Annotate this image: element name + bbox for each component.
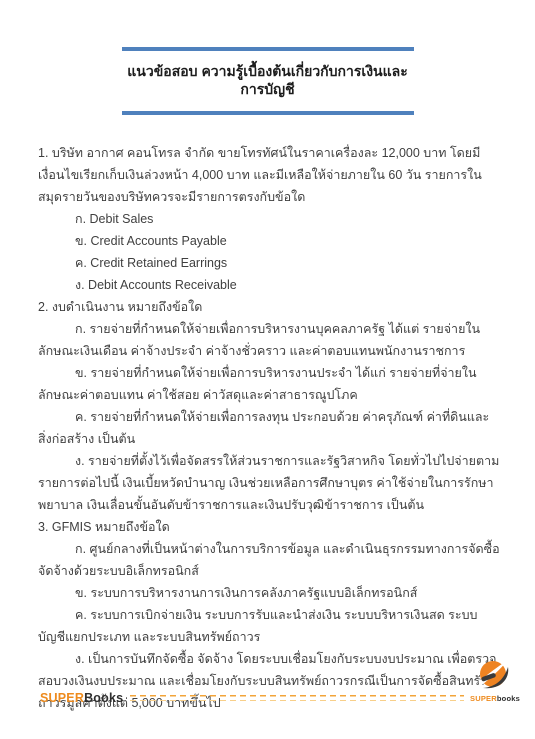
logo-super-text: SUPER <box>470 694 497 703</box>
question-block: 2. งบดำเนินงาน หมายถึงข้อใด ก. รายจ่ายที… <box>38 296 500 516</box>
question-text: 3. GFMIS หมายถึงข้อใด <box>38 516 500 538</box>
option-item: ก. ศูนย์กลางที่เป็นหน้าต่างในการบริการข้… <box>38 538 500 582</box>
brand-super-text: SUPER <box>40 691 84 705</box>
brand-books-text: Books <box>84 691 123 705</box>
question-text: 2. งบดำเนินงาน หมายถึงข้อใด <box>38 296 500 318</box>
footer-logo-text: SUPERbooks <box>470 694 520 703</box>
footer-brand-left: SUPERBooks <box>40 691 123 705</box>
logo-books-text: books <box>497 694 520 703</box>
superbooks-swoosh-logo-icon <box>474 658 516 696</box>
option-item: ค. Credit Retained Earrings <box>38 252 500 274</box>
question-text: 1. บริษัท อากาศ คอนโทรล จำกัด ขายโทรทัศน… <box>38 142 500 208</box>
question-block: 1. บริษัท อากาศ คอนโทรล จำกัด ขายโทรทัศน… <box>38 142 500 296</box>
question-list: 1. บริษัท อากาศ คอนโทรล จำกัด ขายโทรทัศน… <box>38 142 500 714</box>
footer-logo: SUPERbooks <box>469 658 521 703</box>
footer-row: SUPERBooks SUPERbooks <box>40 691 521 705</box>
page-footer: SUPERBooks SUPERbooks <box>0 663 535 739</box>
option-item: ง. Debit Accounts Receivable <box>38 274 500 296</box>
page-title: แนวข้อสอบ ความรู้เบื้องต้นเกี่ยวกับการเง… <box>122 51 414 111</box>
option-item: ค. ระบบการเบิกจ่ายเงิน ระบบการรับและนำส่… <box>38 604 500 648</box>
title-bottom-rule <box>122 111 414 115</box>
option-item: ข. รายจ่ายที่กำหนดให้จ่ายเพื่อการบริหารง… <box>38 362 500 406</box>
option-item: ก. รายจ่ายที่กำหนดให้จ่ายเพื่อการบริหารง… <box>38 318 500 362</box>
option-item: ข. Credit Accounts Payable <box>38 230 500 252</box>
title-block: แนวข้อสอบ ความรู้เบื้องต้นเกี่ยวกับการเง… <box>122 47 414 115</box>
option-item: ก. Debit Sales <box>38 208 500 230</box>
option-item: ง. รายจ่ายที่ตั้งไว้เพื่อจัดสรรให้ส่วนรา… <box>38 450 500 516</box>
option-item: ค. รายจ่ายที่กำหนดให้จ่ายเพื่อการลงทุน ป… <box>38 406 500 450</box>
option-item: ข. ระบบการบริหารงานการเงินการคลังภาครัฐแ… <box>38 582 500 604</box>
footer-dashed-divider <box>130 695 464 701</box>
